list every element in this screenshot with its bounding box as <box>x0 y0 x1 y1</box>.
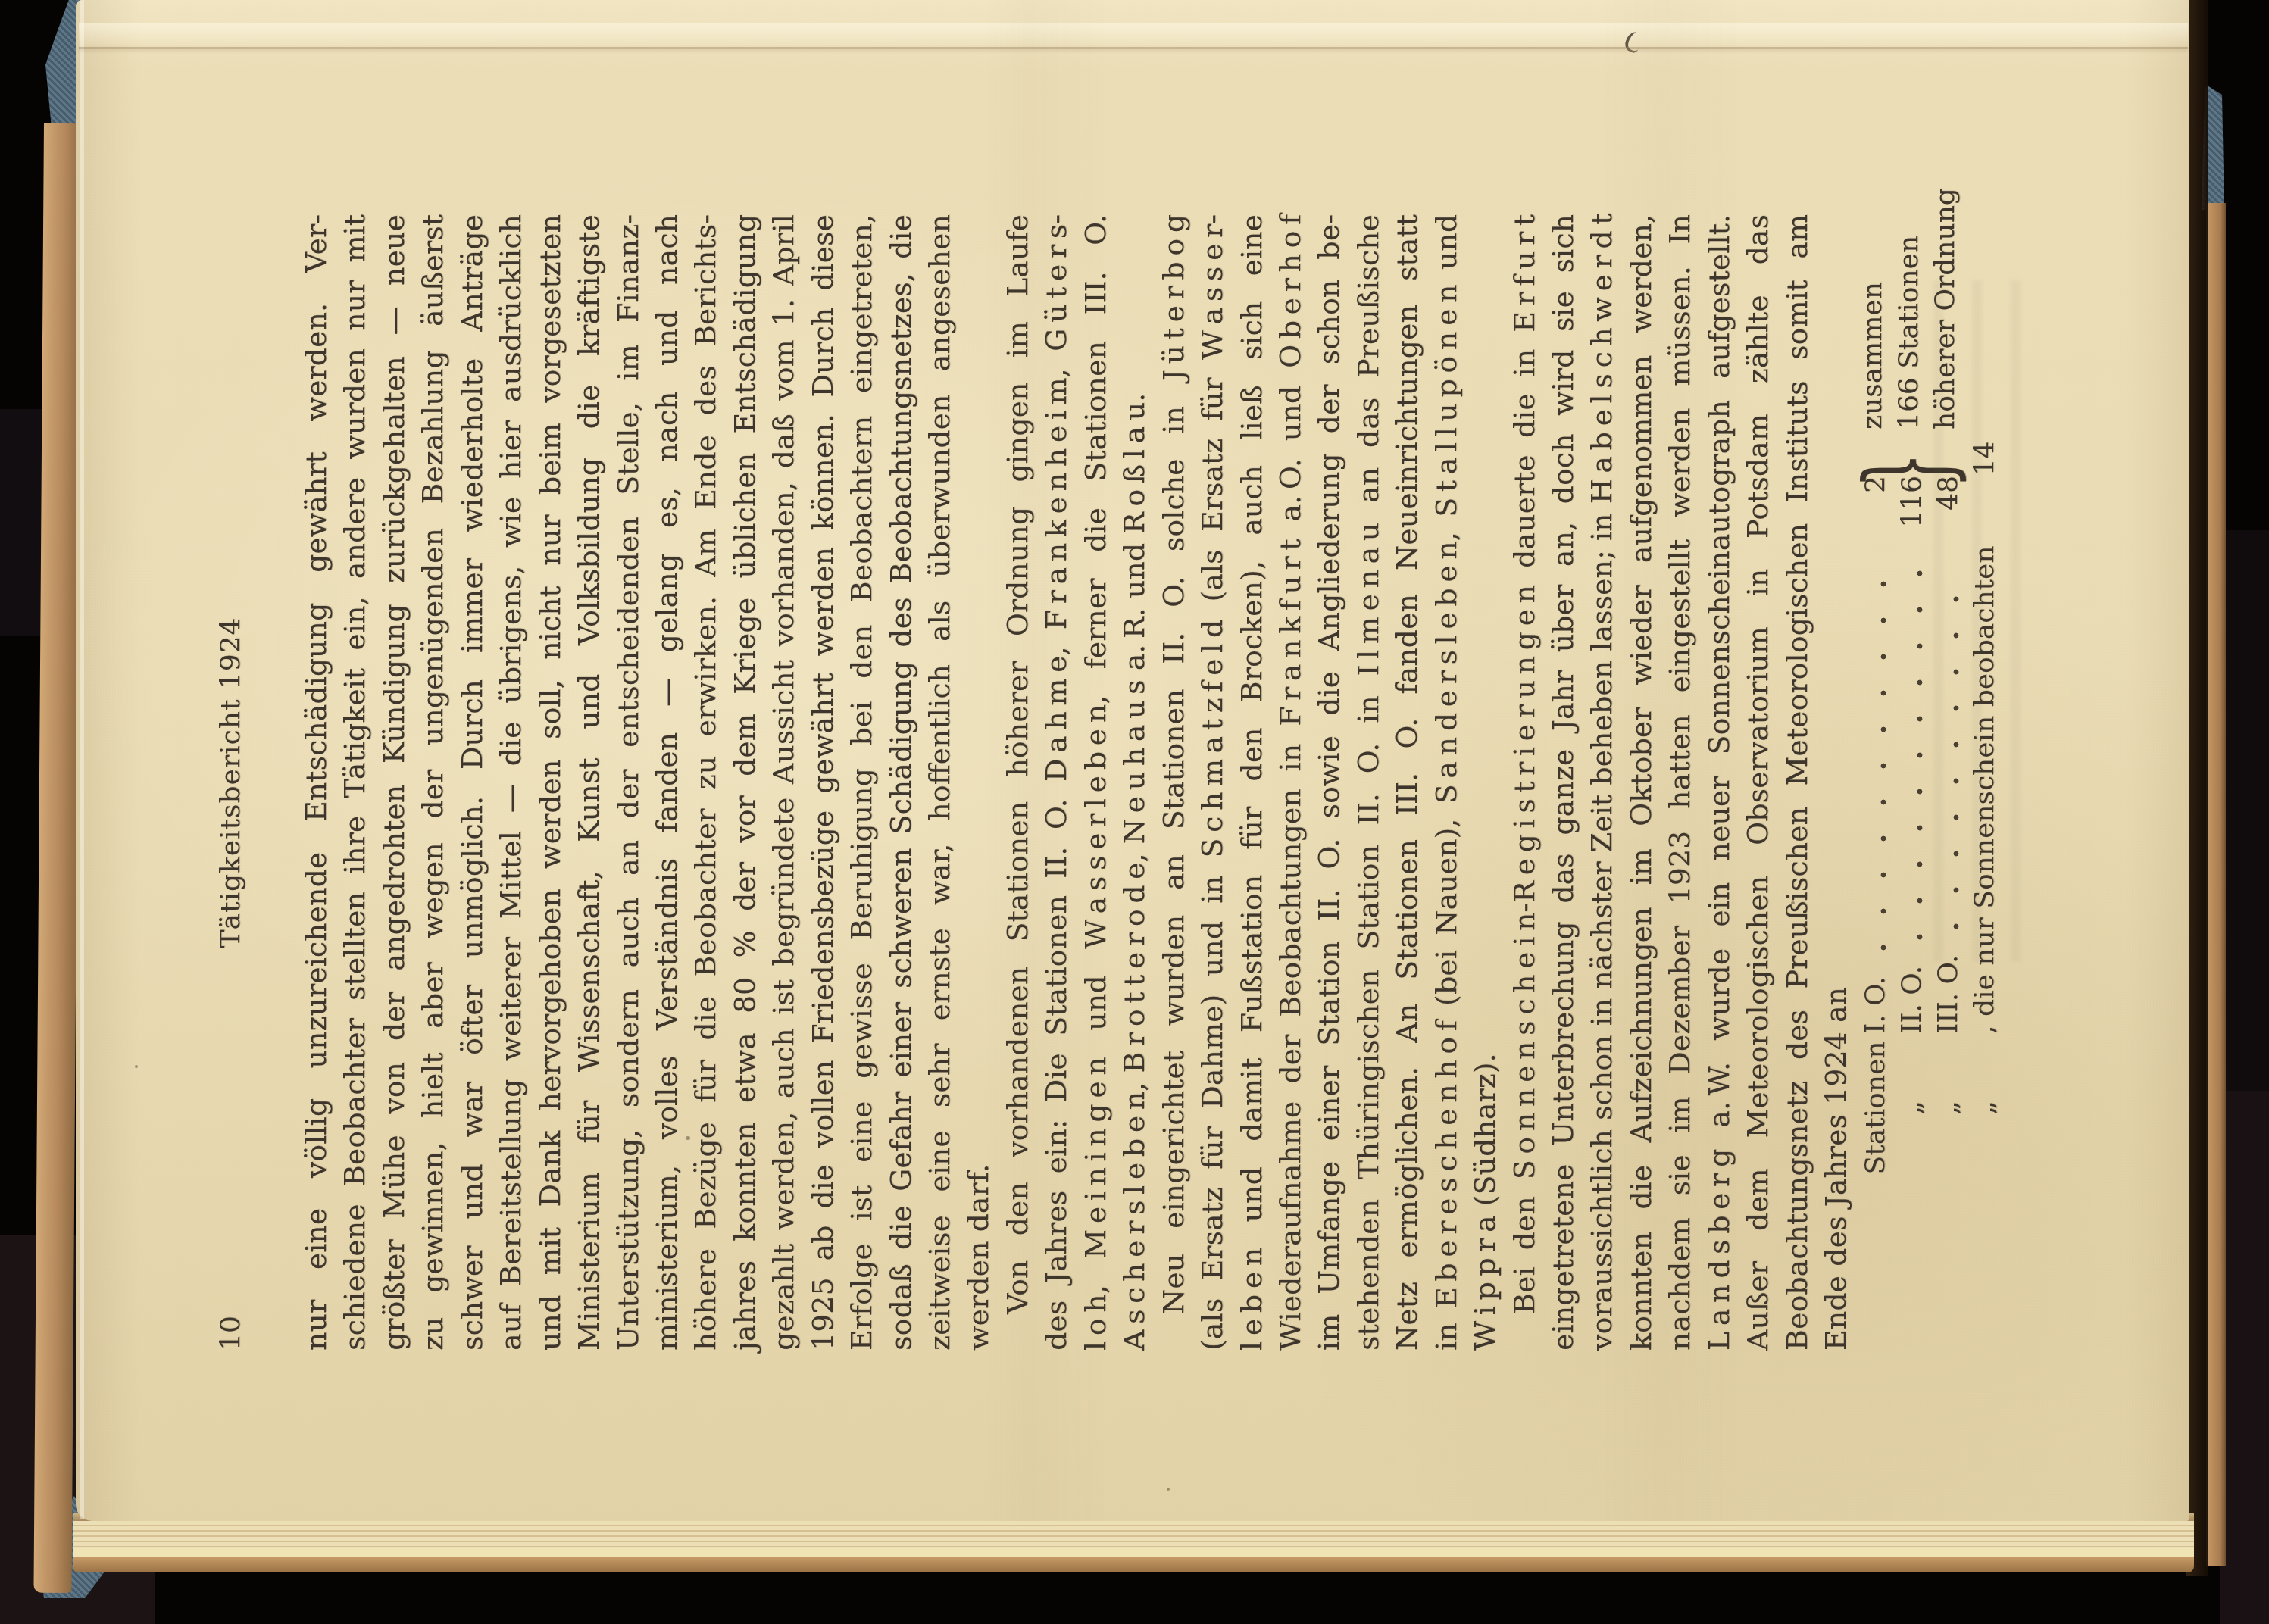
paper-speck <box>1167 1488 1170 1491</box>
background-shadow <box>2224 530 2269 1106</box>
scan-shading <box>76 0 2189 1521</box>
page-stack-strip <box>73 1521 2194 1548</box>
paper-speck <box>135 1065 138 1068</box>
page-stack-strip <box>73 1557 2194 1572</box>
fore-edge-page-stack <box>73 1513 2194 1576</box>
page-edge-shadow <box>2186 0 2208 1576</box>
background-shadow <box>2220 1091 2269 1624</box>
page-stack-strip <box>73 1548 2194 1557</box>
ink-bleedthrough <box>1933 280 2047 962</box>
paper-speck <box>686 1136 690 1140</box>
book-photo: 10 Tätigkeitsbericht 1924 nur eine völli… <box>0 0 2269 1624</box>
paper-speck <box>1791 901 1795 904</box>
book-block-edge <box>2206 203 2226 1566</box>
